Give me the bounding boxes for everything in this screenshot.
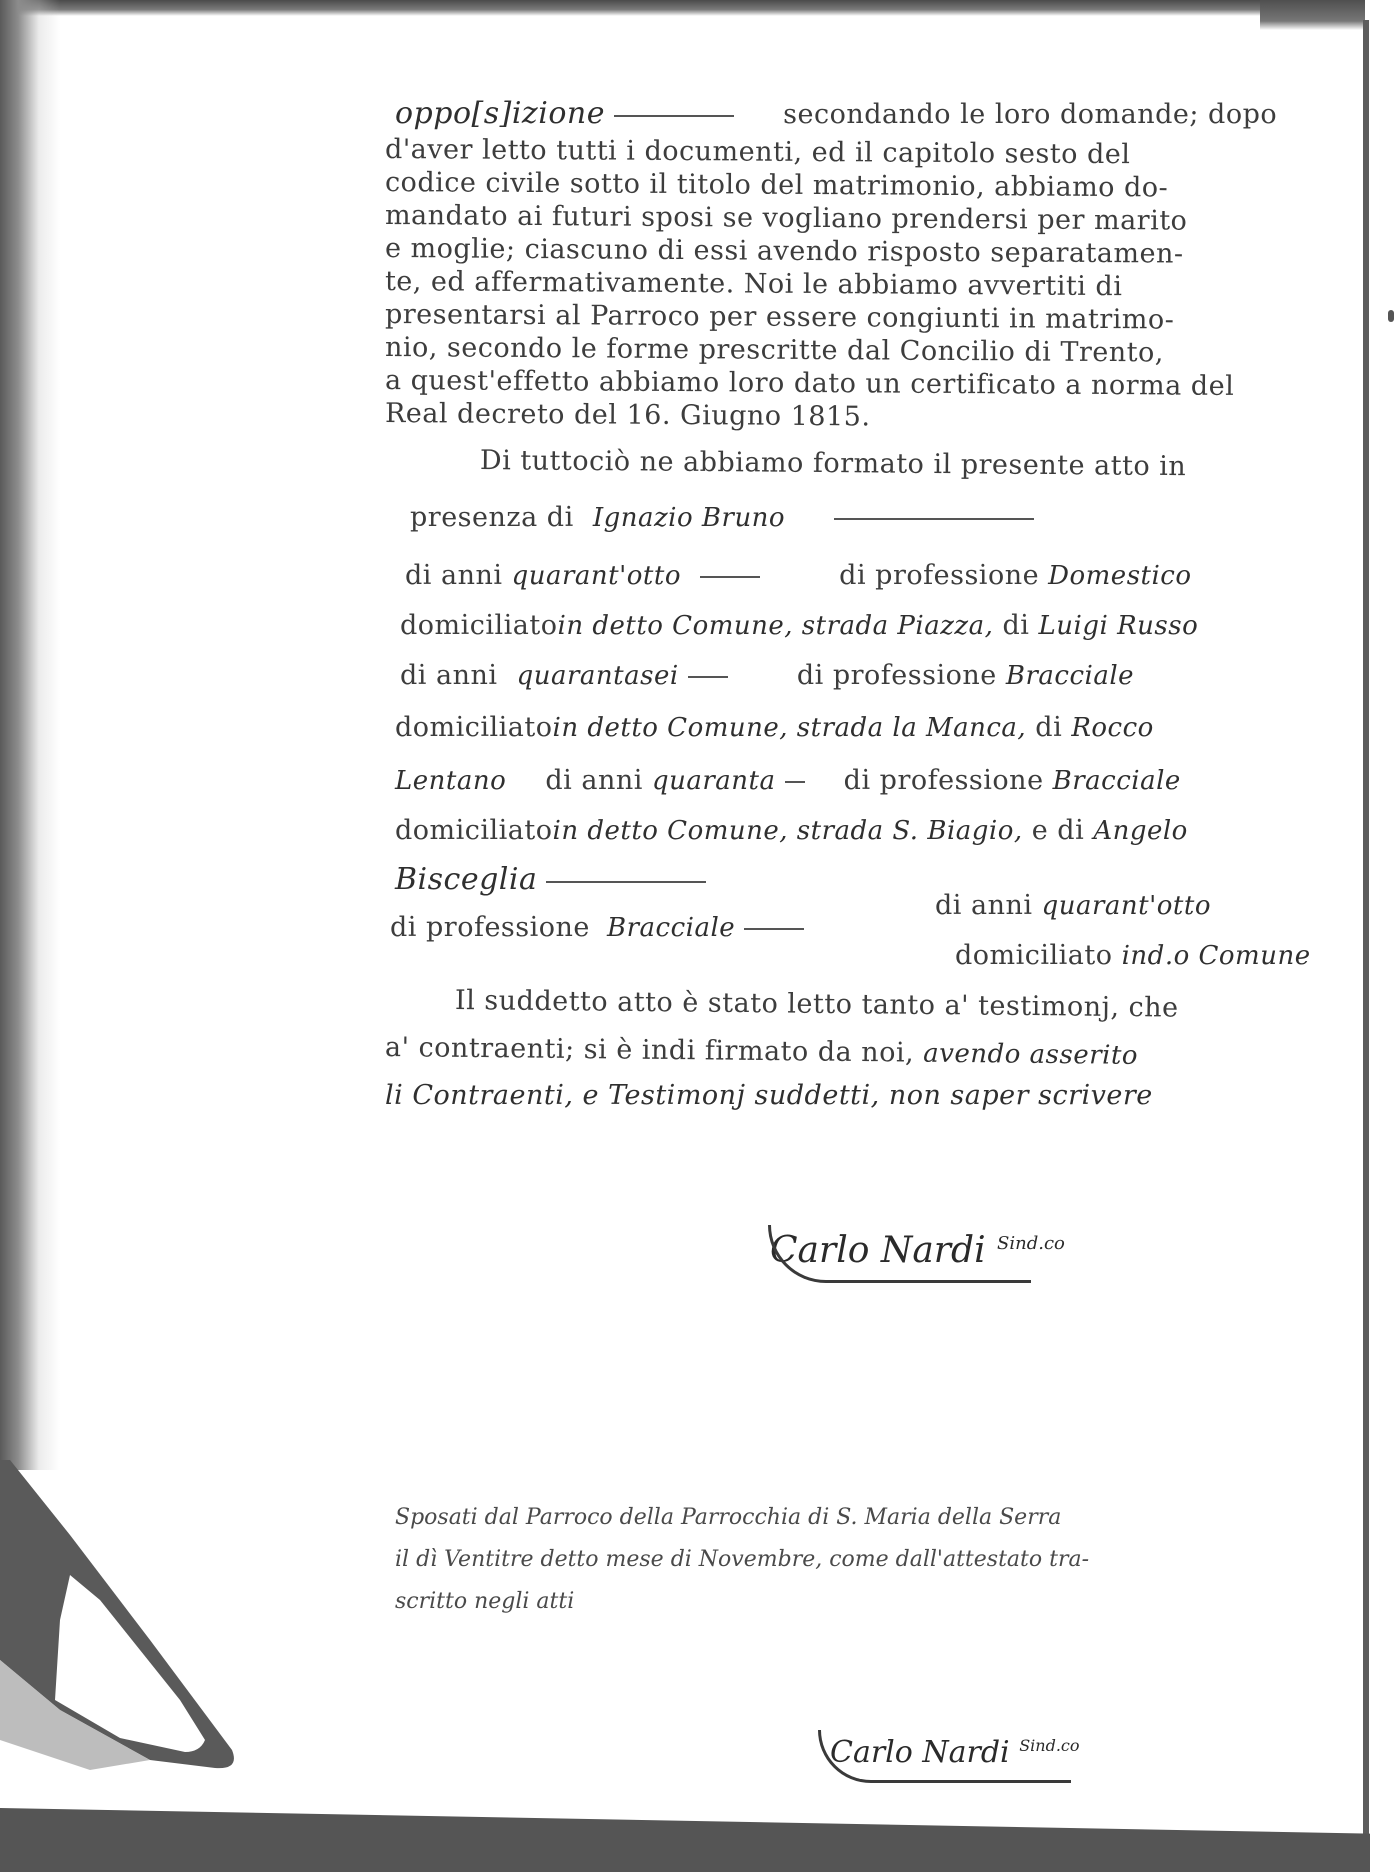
age-label: di anni	[545, 765, 643, 796]
witness-3-domicile-line: domiciliatoin detto Comune, strada S. Bi…	[395, 815, 1188, 846]
witness-1-age-line: di anni quarant'otto di professione Dome…	[405, 560, 1192, 591]
witness-1-domicile-line: domiciliatoin detto Comune, strada Piazz…	[400, 610, 1198, 641]
witness-4-age-line: di anni quarant'otto	[935, 890, 1211, 921]
witness-2-profession: Bracciale	[1006, 661, 1134, 691]
witness-1-profession: Domestico	[1048, 561, 1191, 591]
domicile-label: domiciliato	[400, 610, 558, 641]
closing-printed: a' contraenti; si è indi firmato da noi,	[385, 1032, 914, 1069]
witness-4-domicile-line: domiciliato ind.o Comune	[955, 940, 1311, 971]
age-label: di anni	[935, 890, 1033, 921]
body-line-1: oppo[s]izione secondando le loro domande…	[395, 96, 1277, 131]
witness-2-label: di	[1003, 610, 1030, 641]
scan-margin-right	[1365, 0, 1400, 1872]
fill-rule	[834, 518, 1034, 520]
witness-1-name: Ignazio Bruno	[593, 503, 785, 533]
witness-3-profession: Bracciale	[1053, 766, 1181, 796]
domicile-label: domiciliato	[395, 815, 553, 846]
witness-4-last-name: Bisceglia	[395, 862, 537, 897]
handwritten-entry: oppo[s]izione	[395, 96, 605, 131]
body-line-8: nio, secondo le forme prescritte dal Con…	[385, 332, 1164, 368]
witness-2-age: quarantasei	[517, 661, 679, 691]
age-label: di anni	[400, 660, 498, 691]
presenza-label: presenza di	[410, 502, 574, 533]
scan-shadow-bottom	[0, 1808, 1370, 1872]
body-line-10: Real decreto del 16. Giugno 1815.	[385, 398, 871, 432]
fill-rule	[614, 115, 734, 117]
body-line-5: e moglie; ciascuno di essi avendo rispos…	[385, 233, 1184, 270]
witness-3-first-name: Rocco	[1071, 713, 1154, 743]
profession-label: di professione	[844, 765, 1044, 796]
witness-3-domicile: in detto Comune, strada S. Biagio,	[553, 816, 1023, 846]
witness-1-age: quarant'otto	[512, 561, 681, 591]
witness-1-name-line: presenza di Ignazio Bruno	[410, 502, 1034, 533]
profession-label: di professione	[839, 560, 1039, 591]
witness-4-first-name: Angelo	[1093, 816, 1188, 846]
witness-4-age: quarant'otto	[1042, 891, 1211, 921]
profession-label: di professione	[390, 912, 590, 943]
signature-flourish-icon	[768, 1225, 1031, 1283]
signature-flourish-icon	[818, 1730, 1071, 1783]
fill-rule	[744, 928, 804, 930]
witness-1-domicile: in detto Comune, strada Piazza,	[558, 611, 994, 641]
body-line-2: d'aver letto tutti i documenti, ed il ca…	[385, 134, 1131, 170]
fill-rule	[700, 576, 760, 578]
witness-2-age-line: di anni quarantasei di professione Bracc…	[400, 660, 1134, 691]
age-label: di anni	[405, 560, 503, 591]
domicile-label: domiciliato	[395, 712, 553, 743]
witness-intro: Di tuttociò ne abbiamo formato il presen…	[480, 445, 1187, 482]
scan-shadow-top	[0, 0, 1400, 16]
annotation-line-3: scritto negli atti	[395, 1589, 1255, 1614]
closing-line-1: Il suddetto atto è stato letto tanto a' …	[455, 985, 1179, 1024]
annotation-line-2: il dì Ventitre detto mese di Novembre, c…	[395, 1547, 1255, 1572]
witness-4-name-line: Bisceglia	[395, 862, 706, 897]
witness-4-profession: Bracciale	[607, 913, 735, 943]
folded-corner-icon	[0, 1440, 240, 1770]
fill-rule	[688, 676, 728, 678]
witness-3-label: di	[1035, 712, 1062, 743]
annotation-line-1: Sposati dal Parroco della Parrocchia di …	[395, 1505, 1255, 1530]
closing-handwritten: avendo asserito	[923, 1039, 1138, 1071]
body-line-3: codice civile sotto il titolo del matrim…	[385, 167, 1168, 203]
body-line-4: mandato ai futuri sposi se vogliano pren…	[385, 200, 1188, 237]
closing-line-3: li Contraenti, e Testimonj suddetti, non…	[385, 1080, 1153, 1111]
body-line-6: te, ed affermativamente. Noi le abbiamo …	[385, 266, 1123, 302]
witness-2-name: Luigi Russo	[1039, 611, 1199, 641]
fill-rule	[546, 881, 706, 883]
body-line-9: a quest'effetto abbiamo loro dato un cer…	[385, 365, 1234, 402]
witness-4-profession-line: di professione Bracciale	[390, 912, 804, 943]
witness-3-age-line: Lentano di anni quaranta di professione …	[395, 765, 1181, 796]
body-line-7: presentarsi al Parroco per essere congiu…	[385, 299, 1175, 336]
printed-text: secondando le loro domande; dopo	[783, 99, 1277, 130]
witness-4-label: e di	[1032, 815, 1084, 846]
page-edge-right	[1363, 20, 1369, 1872]
witness-3-last-name: Lentano	[395, 766, 506, 796]
witness-2-domicile: in detto Comune, strada la Manca,	[553, 713, 1027, 743]
scan-speck	[1388, 310, 1394, 322]
witness-2-domicile-line: domiciliatoin detto Comune, strada la Ma…	[395, 712, 1154, 743]
closing-line-2: a' contraenti; si è indi firmato da noi,…	[385, 1032, 1138, 1071]
domicile-label: domiciliato	[955, 940, 1113, 971]
scan-shadow-left	[0, 0, 60, 1470]
witness-4-domicile: ind.o Comune	[1122, 941, 1311, 971]
profession-label: di professione	[797, 660, 997, 691]
witness-3-age: quaranta	[652, 766, 776, 796]
fill-rule	[785, 781, 805, 783]
